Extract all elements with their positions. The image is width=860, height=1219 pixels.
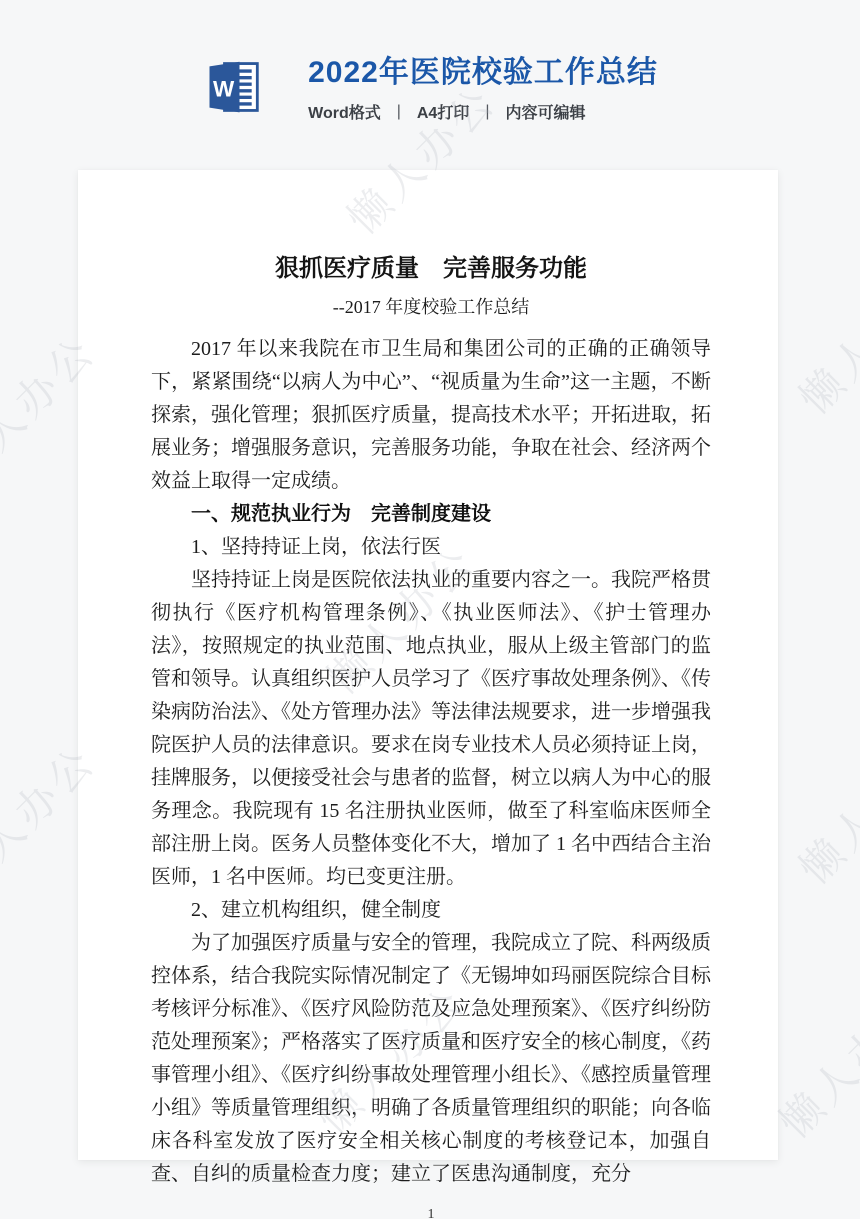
page-number: 1 xyxy=(151,1207,711,1219)
meta-format: Word格式 xyxy=(308,100,381,123)
document-page: 狠抓医疗质量 完善服务功能 --2017 年度校验工作总结 2017 年以来我院… xyxy=(78,170,778,1160)
watermark-text: 懒人办公 xyxy=(784,250,860,425)
meta-print: A4打印 xyxy=(417,100,469,123)
doc-paragraph: 2017 年以来我院在市卫生局和集团公司的正确的正确领导下，紧紧围绕“以病人为中… xyxy=(151,333,711,498)
meta-editable: 内容可编辑 xyxy=(506,100,586,123)
doc-paragraph: 2、建立机构组织，健全制度 xyxy=(151,894,711,927)
doc-subtitle: --2017 年度校验工作总结 xyxy=(151,295,711,319)
word-file-icon: W xyxy=(202,58,262,116)
doc-body: 2017 年以来我院在市卫生局和集团公司的正确的正确领导下，紧紧围绕“以病人为中… xyxy=(151,333,711,1191)
page-title: 2022年医院校验工作总结 xyxy=(308,56,658,90)
doc-paragraph: 坚持持证上岗是医院依法执业的重要内容之一。我院严格贯彻执行《医疗机构管理条例》、… xyxy=(151,564,711,894)
doc-paragraph: 一、规范执业行为 完善制度建设 xyxy=(151,498,711,531)
doc-paragraph: 1、坚持持证上岗，依法行医 xyxy=(151,531,711,564)
header-text: 2022年医院校验工作总结 Word格式 | A4打印 | 内容可编辑 xyxy=(308,56,658,123)
meta-separator: | xyxy=(485,103,489,121)
doc-title: 狠抓医疗质量 完善服务功能 xyxy=(151,254,711,284)
watermark-text: 懒人办公 xyxy=(764,974,860,1149)
meta-separator: | xyxy=(397,103,401,121)
file-meta: Word格式 | A4打印 | 内容可编辑 xyxy=(308,100,658,123)
site-header: W 2022年医院校验工作总结 Word格式 | A4打印 | 内容可编辑 xyxy=(0,56,860,123)
watermark-text: 懒人办公 xyxy=(784,720,860,895)
doc-paragraph: 为了加强医疗质量与安全的管理，我院成立了院、科两级质控体系，结合我院实际情况制定… xyxy=(151,927,711,1191)
svg-text:W: W xyxy=(213,76,235,101)
